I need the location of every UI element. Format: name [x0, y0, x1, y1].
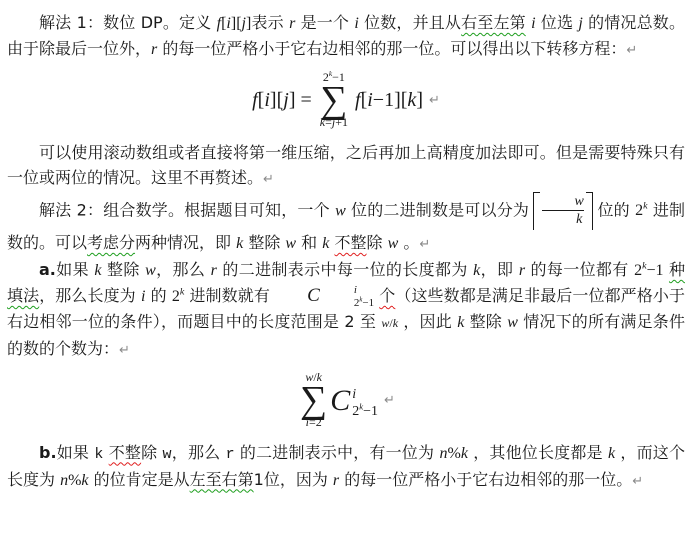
para-implementation-note: 可以使用滚动数组或者直接将第一维压缩，之后再加上高精度加法即可。但是需要特殊只有…	[7, 140, 685, 192]
paragraph-mark: ↵	[263, 172, 274, 187]
text-run: ，其他位长度都是	[468, 443, 608, 462]
grammar-flagged-text: 个	[379, 286, 395, 305]
text-run: 两种情况，即	[135, 233, 236, 252]
combination-base: C	[275, 283, 320, 308]
grammar-flagged-text: 不整	[334, 233, 366, 252]
combination-C-notation: Ci2k−1	[330, 385, 378, 416]
text-run: 整除	[102, 260, 146, 279]
text-run: 可以使用滚动数组或者直接将第一维压缩，之后再加上高精度加法即可。但是需要特殊只有…	[7, 143, 685, 187]
text-run: 的每一位严格小于它右边相邻的那一位。	[339, 470, 632, 489]
fraction: wk	[540, 192, 586, 230]
fraction-denominator: k	[542, 210, 584, 229]
text-run: 的	[145, 286, 171, 305]
grammar-flagged-text: 不整	[109, 443, 141, 462]
para-case-b: b.如果 k 不整除 w，那么 r 的二进制表示中，有一位为 n%k ，其他位长…	[7, 440, 685, 494]
sum-lower-limit: k=j+1	[320, 116, 348, 130]
math-inline: 2k	[635, 202, 647, 219]
text-run: 位选	[536, 13, 579, 32]
paragraph-mark: ↵	[429, 88, 440, 113]
text-run: 。	[398, 233, 419, 252]
text-run: ，因此	[398, 312, 457, 331]
sigma-symbol: ∑	[320, 85, 347, 116]
formula-count-sum: w/k∑i=2Ci2k−1↵	[7, 371, 685, 430]
text-run: 除	[367, 233, 388, 252]
math-inline: k	[94, 262, 101, 279]
ceiling-fraction: wk	[533, 192, 593, 230]
paragraph-mark: ↵	[419, 237, 430, 252]
math-inline: f[i][j]	[217, 15, 252, 32]
math-inline: 2k−1	[634, 262, 663, 279]
text-run: 解法 2：组合数学。根据题目可知，一个	[39, 200, 335, 219]
document-page: 解法 1：数位 DP。定义 f[i][j]表示 r 是一个 i 位数，并且从右至…	[0, 0, 692, 545]
combination-superscript: i	[322, 285, 357, 296]
paragraph-mark: ↵	[384, 388, 395, 413]
spellcheck-flagged-text: 考虑分	[87, 233, 135, 252]
math-inline: w	[145, 262, 156, 279]
sum-lower-limit: i=2	[306, 416, 322, 430]
text-run: 如果	[57, 443, 95, 462]
para-case-a: a.如果 k 整除 w，那么 r 的二进制表示中每一位的长度都为 k，即 r 的…	[7, 257, 685, 363]
text-run: 整除	[243, 233, 285, 252]
para-solution1-intro: 解法 1：数位 DP。定义 f[i][j]表示 r 是一个 i 位数，并且从右至…	[7, 10, 685, 63]
ceiling-right-bracket	[586, 192, 593, 230]
math-inline: w	[335, 202, 346, 219]
spellcheck-flagged-text: 右至左第	[461, 13, 526, 32]
text-run: 整除	[464, 312, 507, 331]
summation: 2k−1∑k=j+1	[320, 71, 348, 130]
summation: w/k∑i=2	[300, 371, 327, 430]
text-run: 如果	[56, 260, 95, 279]
spellcheck-flagged-text: 左至右第	[190, 470, 254, 489]
combination-superscript: i	[352, 388, 356, 402]
paragraph-mark: ↵	[626, 43, 637, 58]
text-run: ，那么	[172, 443, 226, 462]
formula-body: f[i−1][k]	[355, 88, 423, 113]
text-run: 位的二进制数是可以分为	[346, 200, 529, 219]
combination-scripts: i2k−1	[352, 388, 378, 419]
fraction-numerator: w	[543, 193, 584, 211]
math-inline: w	[285, 235, 296, 252]
math-inline: w	[388, 235, 399, 252]
list-label: b.	[39, 443, 57, 462]
text-run: 的二进制表示中每一位的长度都为	[217, 260, 473, 279]
code-variable: w	[163, 446, 172, 463]
combination-subscript: 2k−1	[352, 405, 378, 419]
text-run: ，即	[480, 260, 519, 279]
text-run: ，那么长度为	[39, 286, 141, 305]
formula-lhs: f[i][j] =	[252, 88, 312, 113]
combination-C-notation: Ci2k−1	[275, 283, 374, 308]
text-run: 解法 1：数位 DP。定义	[39, 13, 217, 32]
text-run: 1位，因为	[254, 470, 333, 489]
text-run: 是一个	[295, 13, 354, 32]
formula-transition-equation: f[i][j] = 2k−1∑k=j+1f[i−1][k]↵	[7, 71, 685, 130]
combination-base: C	[330, 388, 350, 413]
ceiling-left-bracket	[533, 192, 540, 230]
text-run: 位数，并且从	[359, 13, 461, 32]
text-run: 除	[141, 443, 162, 462]
text-run: 的每一位都有	[525, 260, 634, 279]
text-run: 进制数就有	[184, 286, 275, 305]
text-run: 和	[296, 233, 322, 252]
paragraph-mark: ↵	[119, 343, 130, 358]
text-run: 的位肯定是从	[89, 470, 190, 489]
math-inline: 2k	[172, 288, 184, 305]
list-label: a.	[39, 260, 56, 279]
combination-scripts: i2k−1	[322, 285, 374, 309]
para-solution2-intro: 解法 2：组合数学。根据题目可知，一个 w 位的二进制数是可以分为wk位的 2k…	[7, 192, 685, 257]
text-run: 表示	[251, 13, 289, 32]
text-run: ，那么	[156, 260, 211, 279]
sigma-symbol: ∑	[300, 385, 327, 416]
math-inline: w	[507, 314, 518, 331]
code-variable: r	[226, 446, 235, 463]
math-inline: n%k	[439, 445, 467, 462]
math-inline: w/k	[381, 316, 398, 330]
paragraph-mark: ↵	[632, 474, 643, 489]
text-run: 的每一位严格小于它右边相邻的那一位。可以得出以下转移方程：	[157, 39, 626, 58]
combination-subscript: 2k−1	[322, 298, 374, 309]
text-run: 的二进制表示中，有一位为	[235, 443, 440, 462]
math-inline: n%k	[60, 472, 88, 489]
text-run: 位的	[597, 200, 635, 219]
